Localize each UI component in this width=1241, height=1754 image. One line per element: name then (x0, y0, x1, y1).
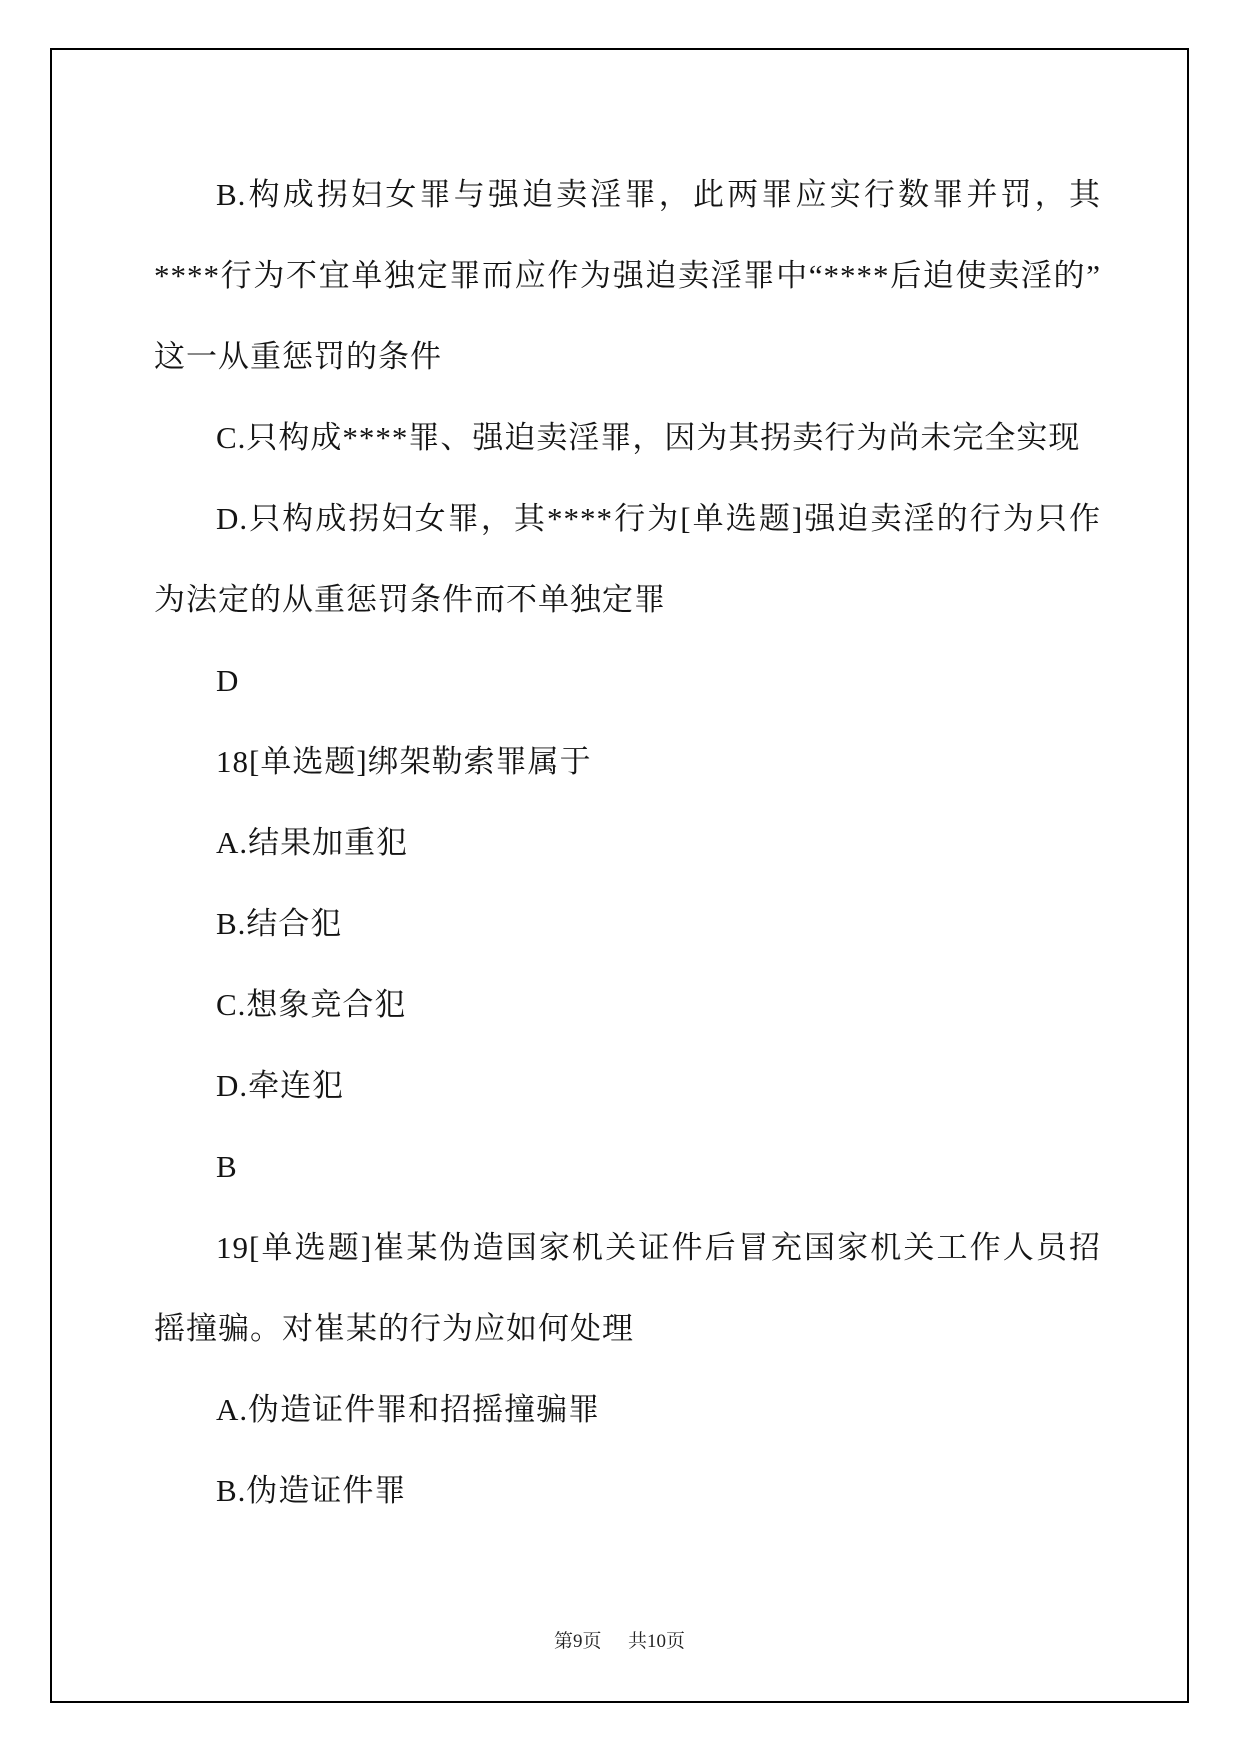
document-page: B.构成拐妇女罪与强迫卖淫罪，此两罪应实行数罪并罚，其****行为不宜单独定罪而… (0, 0, 1241, 1754)
q17-answer: D (154, 640, 1101, 721)
document-content: B.构成拐妇女罪与强迫卖淫罪，此两罪应实行数罪并罚，其****行为不宜单独定罪而… (154, 154, 1101, 1531)
page-footer: 第9页共10页 (52, 1631, 1187, 1653)
q19-option-b: B.伪造证件罪 (154, 1450, 1101, 1531)
page-number-total: 共10页 (628, 1631, 685, 1652)
q17-option-d: D.只构成拐妇女罪，其****行为[单选题]强迫卖淫的行为只作为法定的从重惩罚条… (154, 478, 1101, 640)
q17-option-b: B.构成拐妇女罪与强迫卖淫罪，此两罪应实行数罪并罚，其****行为不宜单独定罪而… (154, 154, 1101, 397)
q18-answer: B (154, 1126, 1101, 1207)
q18-option-a: A.结果加重犯 (154, 802, 1101, 883)
page-border: B.构成拐妇女罪与强迫卖淫罪，此两罪应实行数罪并罚，其****行为不宜单独定罪而… (50, 48, 1189, 1703)
q17-option-c: C.只构成****罪、强迫卖淫罪，因为其拐卖行为尚未完全实现 (154, 397, 1101, 478)
page-number-current: 第9页 (554, 1631, 602, 1652)
q19-option-a: A.伪造证件罪和招摇撞骗罪 (154, 1369, 1101, 1450)
q18-stem: 18[单选题]绑架勒索罪属于 (154, 721, 1101, 802)
q18-option-d: D.牵连犯 (154, 1045, 1101, 1126)
q18-option-c: C.想象竞合犯 (154, 964, 1101, 1045)
q18-option-b: B.结合犯 (154, 883, 1101, 964)
q19-stem: 19[单选题]崔某伪造国家机关证件后冒充国家机关工作人员招摇撞骗。对崔某的行为应… (154, 1207, 1101, 1369)
